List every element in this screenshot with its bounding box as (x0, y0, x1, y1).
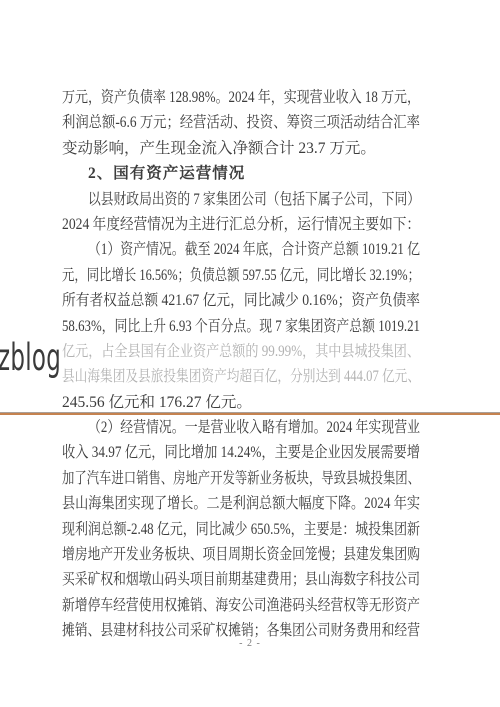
text-line-content: 收入 34.97 亿元，同比增加 14.24%，主要是企业因发展需要增 (62, 440, 420, 465)
text-line-content: 以县财政局出资的 7 家集团公司（包括下属子公司，下同） (88, 187, 420, 212)
text-line-content: 变动影响，产生现金流入净额合计 23.7 万元。 (62, 136, 376, 161)
text-line: 县山海集团实现了增长。二是利润总额大幅度下降。2024 年实 (62, 491, 420, 516)
watermark: zblog (0, 339, 61, 376)
text-line-content: 县山海集团实现了增长。二是利润总额大幅度下降。2024 年实 (62, 491, 420, 516)
section-divider (0, 413, 500, 415)
text-line-content: 增房地产开发业务板块、项目周期长资金回笼慢；县建发集团购 (62, 542, 420, 567)
text-line: 利润总额-6.6 万元；经营活动、投资、筹资三项活动结合汇率 (62, 110, 420, 135)
text-line-content: 245.56 亿元和 176.27 亿元。 (62, 390, 252, 415)
text-line-content: 万元，资产负债率 128.98%。2024 年，实现营业收入 18 万元， (62, 85, 420, 110)
text-line: 以县财政局出资的 7 家集团公司（包括下属子公司，下同） (62, 187, 420, 212)
document-body: 万元，资产负债率 128.98%。2024 年，实现营业收入 18 万元，利润总… (62, 85, 420, 644)
text-line-content: 亿元，占全县国有企业资产总额的 99.99%，其中县城投集团、 (62, 339, 420, 364)
text-line: 所有者权益总额 421.67 亿元，同比减少 0.16%；资产负债率 (62, 288, 420, 313)
text-line-content: 元，同比增长 16.56%；负债总额 597.55 亿元，同比增长 32.19%… (62, 263, 420, 288)
text-line-content: 买采矿权和烟墩山码头项目前期基建费用；县山海数字科技公司 (62, 567, 420, 592)
text-line: 收入 34.97 亿元，同比增加 14.24%，主要是企业因发展需要增 (62, 440, 420, 465)
text-line-content: 所有者权益总额 421.67 亿元，同比减少 0.16%；资产负债率 (62, 288, 420, 313)
text-line: 亿元，占全县国有企业资产总额的 99.99%，其中县城投集团、 (62, 339, 420, 364)
text-line: 买采矿权和烟墩山码头项目前期基建费用；县山海数字科技公司 (62, 567, 420, 592)
text-line-content: （1）资产情况。截至 2024 年底，合计资产总额 1019.21 亿 (88, 237, 420, 262)
document-page: 万元，资产负债率 128.98%。2024 年，实现营业收入 18 万元，利润总… (0, 0, 500, 707)
text-line: 变动影响，产生现金流入净额合计 23.7 万元。 (62, 136, 420, 161)
text-line: 万元，资产负债率 128.98%。2024 年，实现营业收入 18 万元， (62, 85, 420, 110)
heading-line: 2、国有资产运营情况 (62, 161, 420, 186)
text-line-content: 现利润总额-2.48 亿元，同比减少 650.5%，主要是：城投集团新 (62, 517, 420, 542)
text-line: 加了汽车进口销售、房地产开发等新业务板块，导致县城投集团、 (62, 466, 420, 491)
text-line: 新增停车经营使用权摊销、海安公司渔港码头经营权等无形资产 (62, 593, 420, 618)
text-line-content: 利润总额-6.6 万元；经营活动、投资、筹资三项活动结合汇率 (62, 110, 420, 135)
text-line: （1）资产情况。截至 2024 年底，合计资产总额 1019.21 亿 (62, 237, 420, 262)
text-line: 县山海集团及县旅投集团资产均超百亿，分别达到 444.07 亿元、 (62, 364, 420, 389)
text-line: 58.63%，同比上升 6.93 个百分点。现 7 家集团资产总额 1019.2… (62, 314, 420, 339)
page-number: - 2 - (0, 638, 500, 649)
text-line-content: 2024 年度经营情况为主进行汇总分析，运行情况主要如下： (62, 212, 420, 237)
text-line-content: 58.63%，同比上升 6.93 个百分点。现 7 家集团资产总额 1019.2… (62, 314, 420, 339)
text-line: 增房地产开发业务板块、项目周期长资金回笼慢；县建发集团购 (62, 542, 420, 567)
text-line: 245.56 亿元和 176.27 亿元。 (62, 390, 420, 415)
text-line: （2）经营情况。一是营业收入略有增加。2024 年实现营业 (62, 415, 420, 440)
text-line-content: 新增停车经营使用权摊销、海安公司渔港码头经营权等无形资产 (62, 593, 420, 618)
text-line-content: （2）经营情况。一是营业收入略有增加。2024 年实现营业 (88, 415, 420, 440)
text-line-content: 2、国有资产运营情况 (88, 161, 245, 186)
text-line-content: 加了汽车进口销售、房地产开发等新业务板块，导致县城投集团、 (62, 466, 420, 491)
text-line-content: 县山海集团及县旅投集团资产均超百亿，分别达到 444.07 亿元、 (62, 364, 420, 389)
text-line: 现利润总额-2.48 亿元，同比减少 650.5%，主要是：城投集团新 (62, 517, 420, 542)
text-line: 2024 年度经营情况为主进行汇总分析，运行情况主要如下： (62, 212, 420, 237)
text-line: 元，同比增长 16.56%；负债总额 597.55 亿元，同比增长 32.19%… (62, 263, 420, 288)
